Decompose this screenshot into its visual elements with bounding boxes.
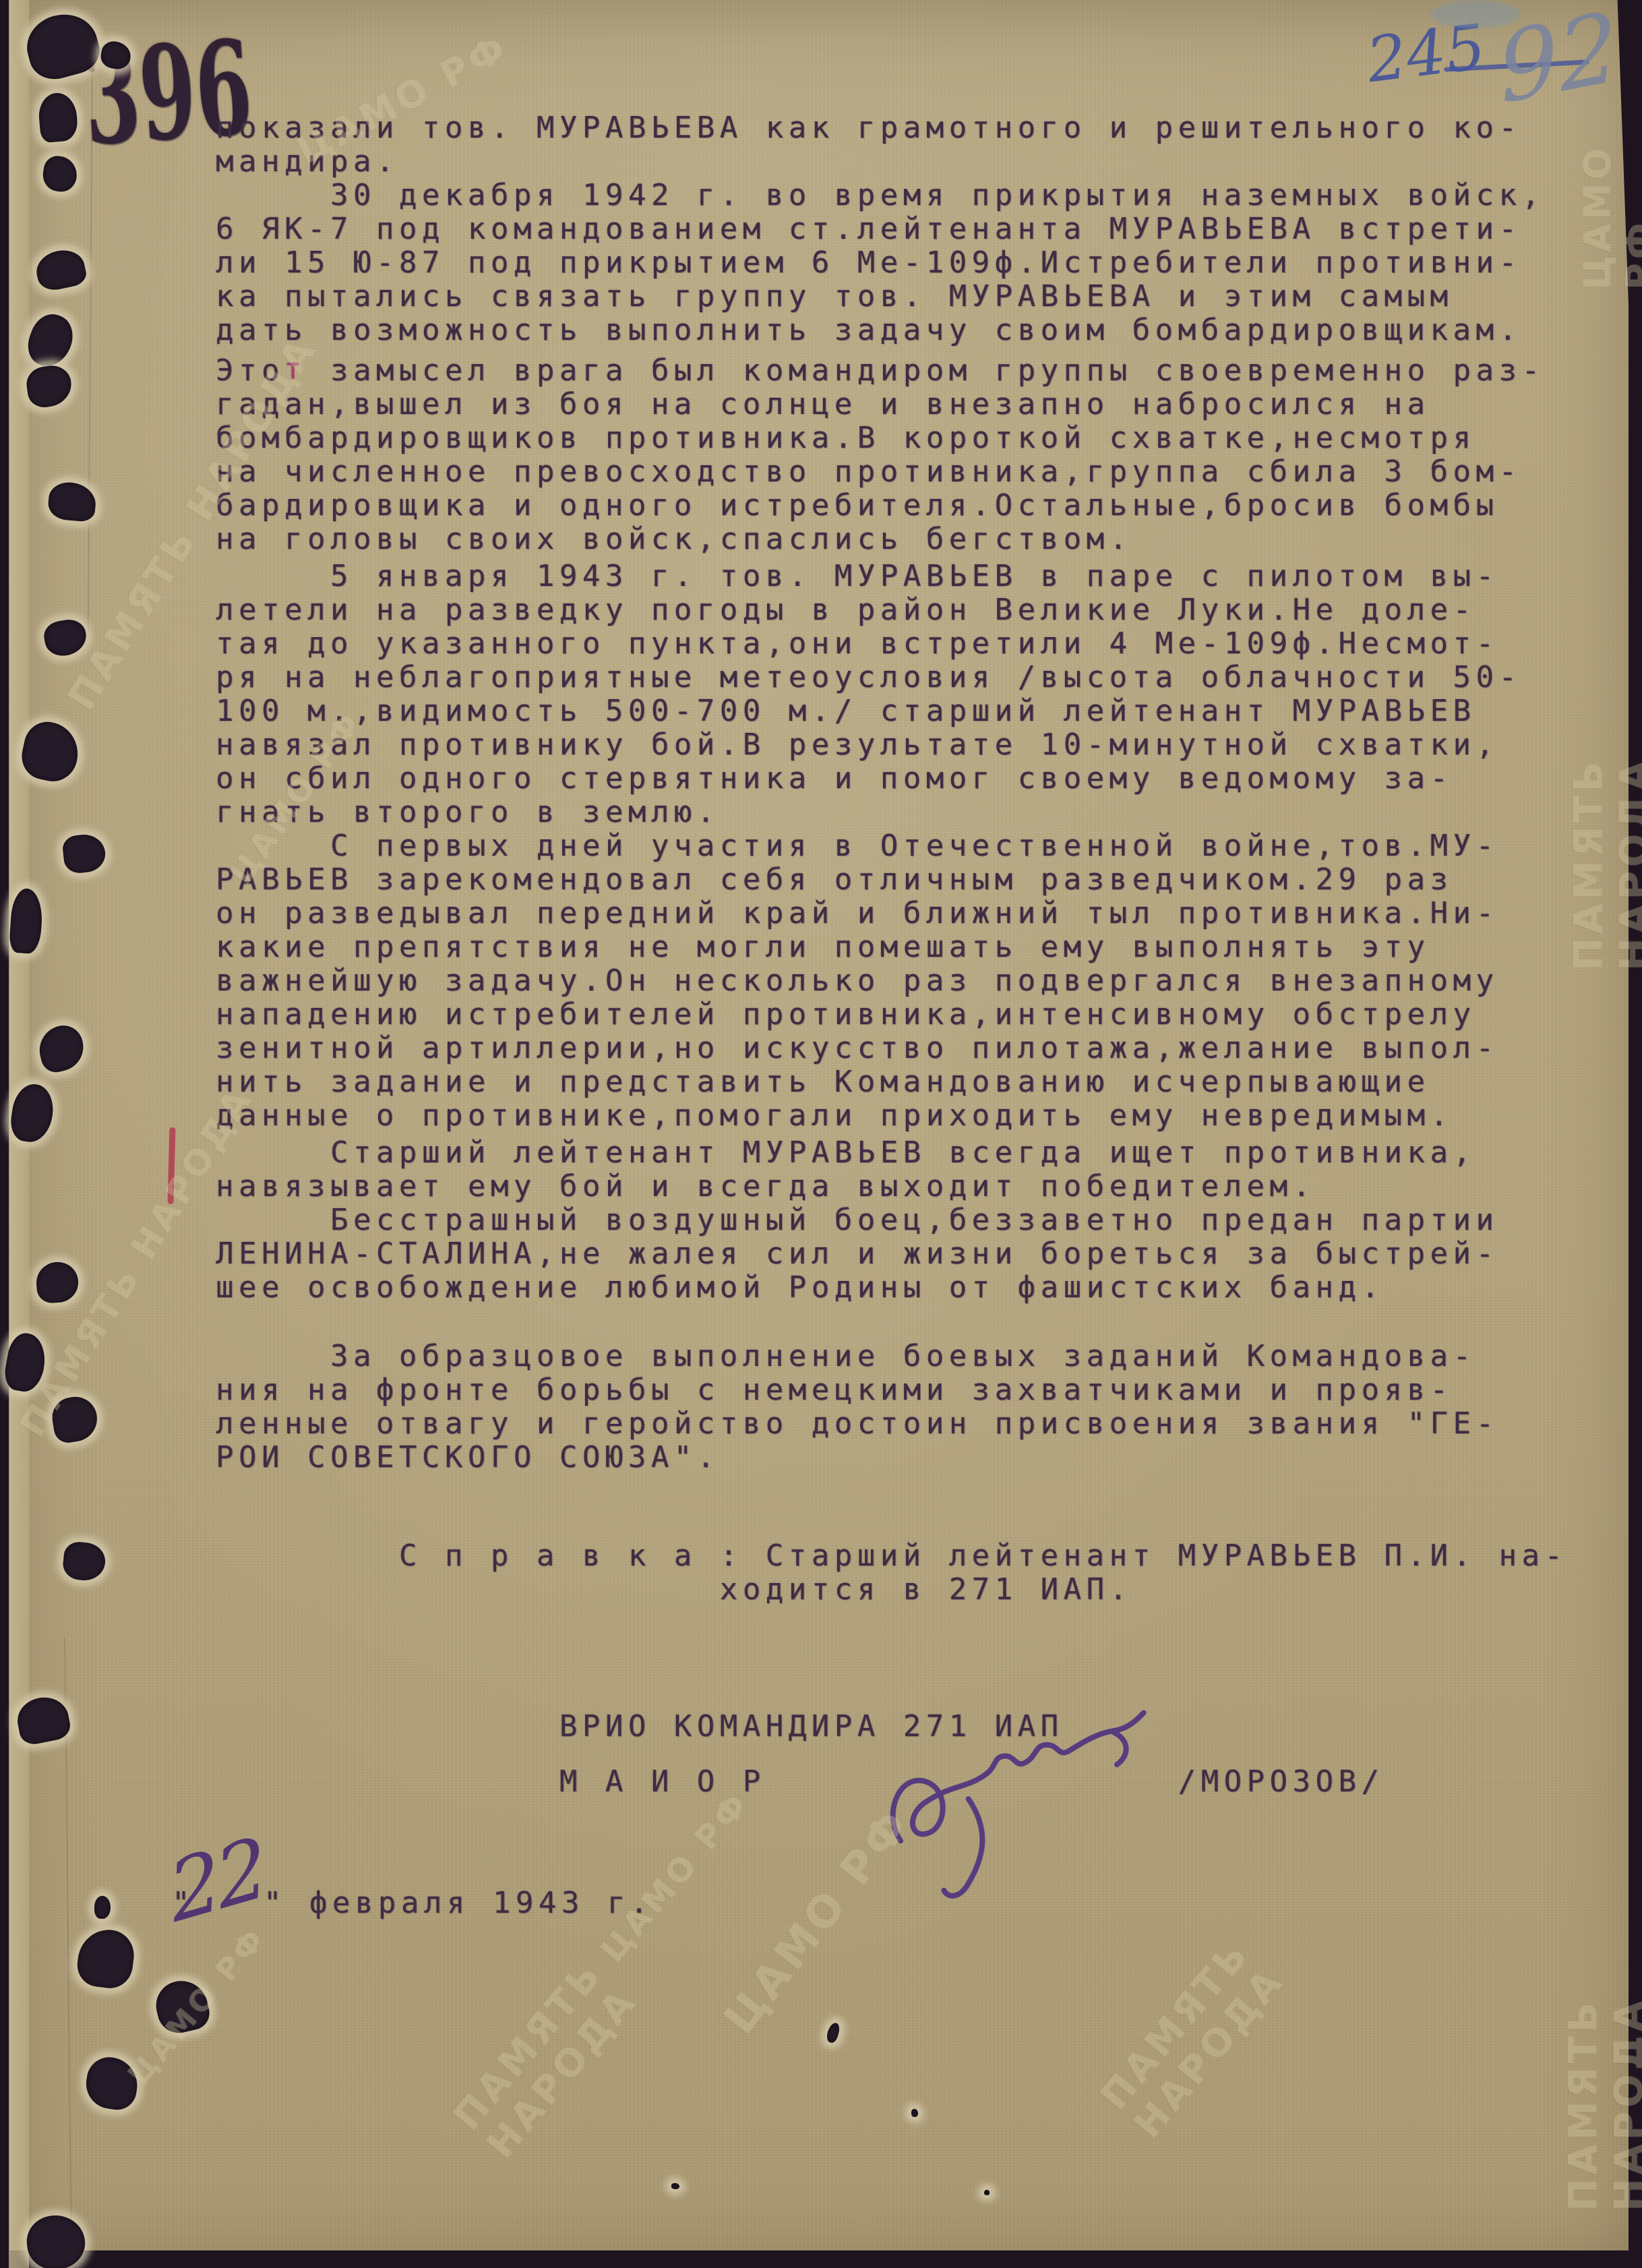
ink-stain [826,2022,841,2044]
typed-line: летели на разведку погоды в район Велики… [216,593,1571,627]
ink-stain [24,363,74,410]
archive-watermark: ЦАМО РФ [593,1784,757,1969]
archive-watermark: ПАМЯТЬ НАРОДА [1560,1997,1642,2211]
typed-line: РОИ СОВЕТСКОГО СОЮЗА". [216,1441,1571,1474]
typed-line: Бесстрашный воздушный боец,беззаветно пр… [216,1203,1571,1237]
typed-line: он разведывал передний край и ближний ты… [216,897,1571,930]
typed-paragraph: Это замысел врага был командиром группы … [216,354,1571,556]
typed-line: какие препятствия не могли помешать ему … [216,930,1571,964]
typed-line: С первых дней участия в Отечественной во… [216,829,1571,863]
typed-line: Это замысел врага был командиром группы … [216,354,1571,388]
ink-stain [911,2109,918,2117]
typed-line: 5 января 1943 г. тов. МУРАВЬЕВ в паре с … [216,560,1571,593]
ink-stain [61,1541,107,1582]
archive-watermark: ПАМЯТЬ НАРОДА [1565,756,1642,971]
typed-line: ря на неблагоприятные метеоусловия /высо… [216,661,1571,694]
typed-line: С п р а в к а : Старший лейтенант МУРАВЬ… [216,1539,1571,1573]
ink-stain [41,154,80,193]
typed-paragraph: Старший лейтенант МУРАВЬЕВ всегда ищет п… [216,1136,1571,1203]
ink-stain [33,246,88,293]
typed-line: 100 м.,видимость 500-700 м./ старший лей… [216,694,1571,728]
typed-line: данные о противнике,помогали приходить е… [216,1099,1571,1133]
archive-watermark: ПАМЯТЬ НАРОДА [445,1951,646,2167]
ink-stain [34,1021,88,1075]
ink-stain [22,309,80,373]
typed-line: важнейшую задачу.Он несколько раз подвер… [216,964,1571,998]
ink-stain [61,833,107,874]
typed-line: тая до указанного пункта,они встретили 4… [216,627,1571,661]
typed-line: показали тов. МУРАВЬЕВА как грамотного и… [216,111,1571,145]
handwritten-date-day: 22 [164,1826,269,1934]
ink-stain [42,617,89,659]
typed-line: нападению истребителей противника,интенс… [216,998,1571,1032]
archive-watermark: ЦАМО РФ [121,1920,273,2091]
typed-line: нить задание и представить Командованию … [216,1065,1571,1099]
ink-stain [75,1926,137,1990]
archive-watermark: ПАМЯТЬ НАРОДА [1092,1931,1293,2147]
typed-line: дать возможность выполнить задачу своим … [216,314,1571,347]
ink-stain [24,2213,88,2268]
typed-line: ЛЕНИНА-СТАЛИНА,не жалея сил и жизни боре… [216,1237,1571,1271]
typed-paragraph: Бесстрашный воздушный боец,беззаветно пр… [216,1203,1571,1305]
blue-smudge [1430,0,1521,28]
typed-line: ходится в 271 ИАП. [216,1573,1571,1607]
typed-body: показали тов. МУРАВЬЕВА как грамотного и… [216,111,1571,1799]
typed-paragraph: За образцовое выполнение боевых заданий … [216,1340,1571,1474]
typed-line: он сбил одного стервятника и помог своем… [216,762,1571,796]
typed-line: на головы своих войск,спаслись бегством. [216,523,1571,556]
typed-line: навязал противнику бой.В результате 10-м… [216,728,1571,762]
scan-edge-bottom [0,2250,1642,2268]
typed-line: 6 ЯК-7 под командованием ст.лейтенанта М… [216,212,1571,246]
typed-line: ка пытались связать группу тов. МУРАВЬЕВ… [216,280,1571,314]
typed-line: За образцовое выполнение боевых заданий … [216,1340,1571,1373]
typed-paragraph: С п р а в к а : Старший лейтенант МУРАВЬ… [216,1539,1571,1607]
archive-watermark: ЦАМО РФ [1576,144,1642,290]
typed-line: 30 декабря 1942 г. во время прикрытия на… [216,179,1571,212]
typed-line: ли 15 Ю-87 под прикрытием 6 Ме-109ф.Истр… [216,246,1571,280]
ink-stain [94,1896,111,1919]
ink-stain [671,2183,679,2189]
typed-paragraph: 5 января 1943 г. тов. МУРАВЬЕВ в паре с … [216,560,1571,829]
typed-paragraph: показали тов. МУРАВЬЕВА как грамотного и… [216,111,1571,179]
ink-stain [35,1261,80,1304]
typed-paragraph: 30 декабря 1942 г. во время прикрытия на… [216,179,1571,347]
archive-watermark: ЦАМО РФ [714,1799,921,2043]
typed-line: гнать второго в землю. [216,796,1571,829]
typed-line: зенитной артиллерии,но искусство пилотаж… [216,1032,1571,1065]
typed-line: навязывает ему бой и всегда выходит побе… [216,1170,1571,1203]
typed-paragraph: С первых дней участия в Отечественной во… [216,829,1571,1133]
scan-edge-left [0,0,9,2268]
typed-line: гадан,вышел из боя на солнце и внезапно … [216,388,1571,421]
ink-stain [37,92,79,144]
typed-line: РАВЬЕВ зарекомендовал себя отличным разв… [216,863,1571,897]
typed-line: ния на фронте борьбы с немецкими захватч… [216,1373,1571,1407]
typed-line: бомбардировщиков противника.В короткой с… [216,421,1571,455]
typed-line: бардировщика и одного истребителя.Осталь… [216,489,1571,523]
typed-line: шее освобождение любимой Родины от фашис… [216,1271,1571,1305]
ink-stain [984,2190,990,2195]
typed-line: на численное превосходство противника,гр… [216,455,1571,489]
screenshot-root: { "colors":{ "paper":"#b4a47d","ink":"#3… [0,0,1642,2268]
typed-line: ленные отвагу и геройство достоин присво… [216,1407,1571,1441]
typed-line: мандира. [216,145,1571,179]
typed-line: Старший лейтенант МУРАВЬЕВ всегда ищет п… [216,1136,1571,1170]
document-page: 396 245 92 показали тов. МУРАВЬЕВА как г… [0,0,1642,2268]
